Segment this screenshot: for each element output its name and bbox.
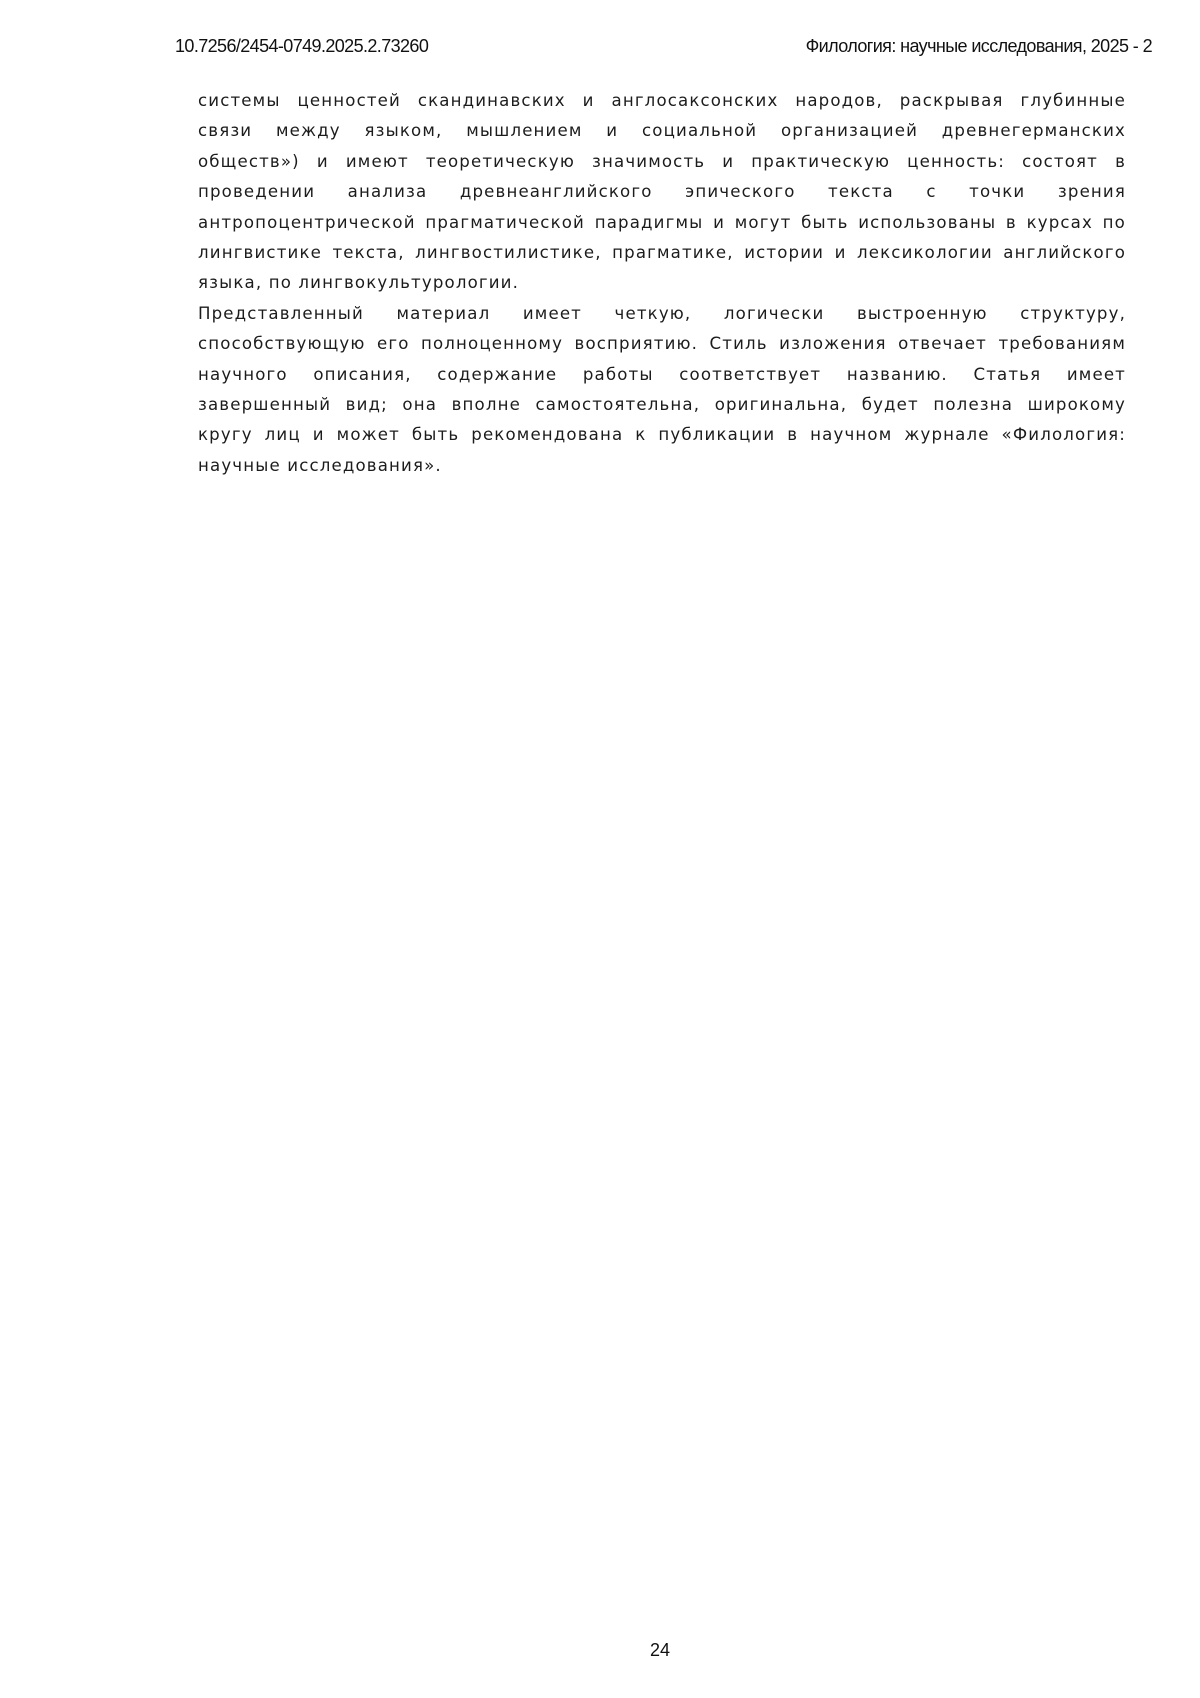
text-line: связи между языком, мышлением и социальн… — [198, 116, 1126, 146]
paragraph-conclusion: Представленный материал имеет четкую, ло… — [198, 299, 1126, 481]
text-line: Представленный материал имеет четкую, ло… — [198, 299, 1126, 329]
article-body: системы ценностей скандинавских и англос… — [198, 86, 1126, 481]
text-line: способствующую его полноценному восприят… — [198, 329, 1126, 359]
text-line: языка, по лингвокультурологии. — [198, 268, 1126, 298]
text-line: обществ») и имеют теоретическую значимос… — [198, 147, 1126, 177]
text-line: антропоцентрической прагматической парад… — [198, 208, 1126, 238]
page-number: 24 — [0, 1640, 1200, 1661]
doi-label: 10.7256/2454-0749.2025.2.73260 — [175, 36, 428, 57]
text-line: кругу лиц и может быть рекомендована к п… — [198, 420, 1126, 450]
paragraph-significance: системы ценностей скандинавских и англос… — [198, 86, 1126, 299]
text-line: системы ценностей скандинавских и англос… — [198, 86, 1126, 116]
text-line: проведении анализа древнеанглийского эпи… — [198, 177, 1126, 207]
running-header: 10.7256/2454-0749.2025.2.73260 Филология… — [175, 36, 1152, 60]
text-line: завершенный вид; она вполне самостоятель… — [198, 390, 1126, 420]
text-line: лингвистике текста, лингвостилистике, пр… — [198, 238, 1126, 268]
journal-title: Филология: научные исследования, 2025 - … — [806, 36, 1152, 57]
text-line: научные исследования». — [198, 451, 1126, 481]
text-line: научного описания, содержание работы соо… — [198, 360, 1126, 390]
